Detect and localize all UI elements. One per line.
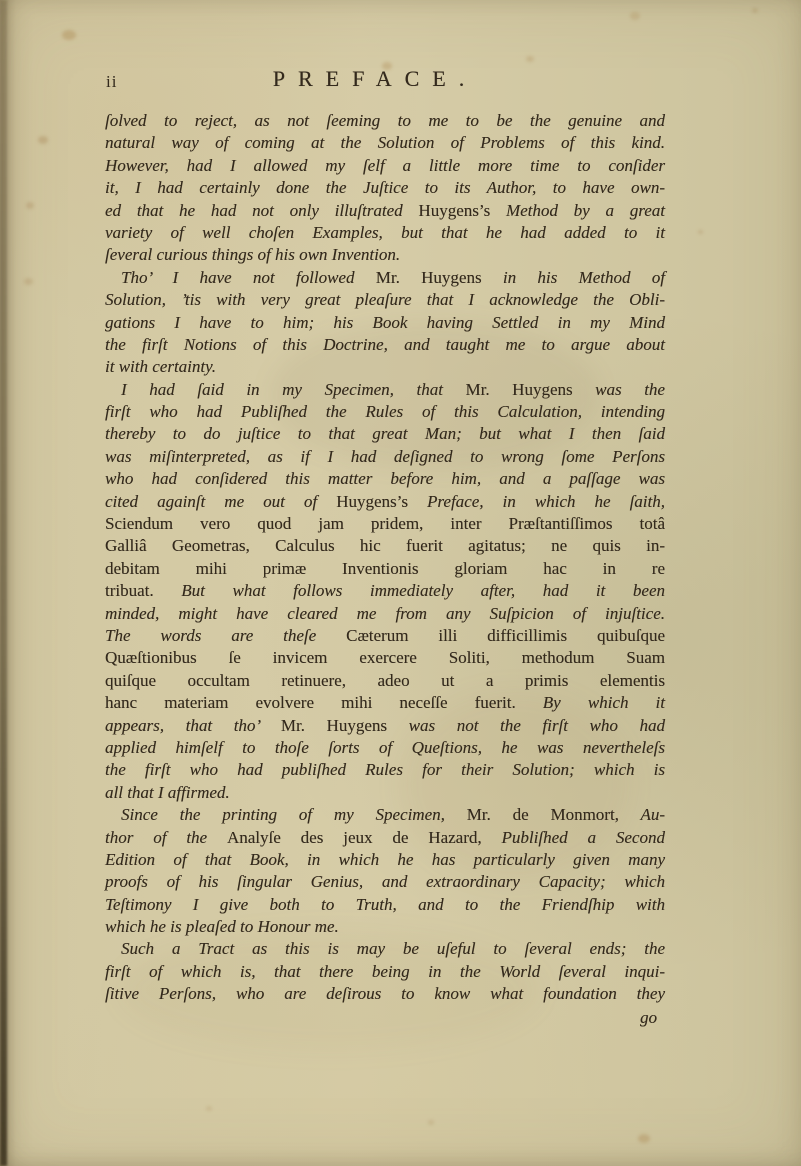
text-line: which he is pleaſed to Honour me. — [105, 916, 665, 938]
italic-text-segment: However, had I allowed my ſelf a little … — [105, 156, 665, 175]
italic-text-segment: Tho’ I have not followed — [121, 268, 376, 287]
roman-text-segment: tribuat. — [105, 581, 181, 600]
italic-text-segment: was not the firſt who had — [387, 716, 665, 735]
italic-text-segment: variety of well choſen Examples, but tha… — [105, 223, 665, 242]
italic-text-segment: which he is pleaſed to Honour me. — [105, 917, 339, 936]
italic-text-segment: firſt of which is, that there being in t… — [105, 962, 665, 981]
text-line: it, I had certainly done the Juſtice to … — [105, 177, 665, 199]
italic-text-segment: Au- — [619, 805, 665, 824]
italic-text-segment: Since the printing of my Specimen, — [121, 805, 467, 824]
text-line: The words are theſe Cæterum illi diffici… — [105, 625, 665, 647]
roman-text-segment: Cæterum illi difficillimis quibuſque — [346, 626, 665, 645]
italic-text-segment: the firſt who had publiſhed Rules for th… — [105, 760, 665, 779]
italic-text-segment: Such a Tract as this is may be uſeful to… — [121, 939, 665, 958]
foxing-spot — [26, 202, 34, 209]
italic-text-segment: appears, that tho’ — [105, 716, 281, 735]
text-line: Teſtimony I give both to Truth, and to t… — [105, 894, 665, 916]
catchword-row: go — [105, 1007, 657, 1029]
text-line: ed that he had not only illuſtrated Huyg… — [105, 200, 665, 222]
text-line: Galliâ Geometras, Calculus hic fuerit ag… — [105, 535, 665, 557]
text-line: hanc materiam evolvere mihi neceſſe fuer… — [105, 692, 665, 714]
text-line: ſitive Perſons, who are deſirous to know… — [105, 983, 665, 1005]
italic-text-segment: But what follows immediately after, had … — [181, 581, 665, 600]
text-line: Since the printing of my Specimen, Mr. d… — [105, 804, 665, 826]
text-line: ſolved to reject, as not ſeeming to me t… — [105, 110, 665, 132]
roman-text-segment: debitam mihi primæ Inventionis gloriam h… — [105, 559, 665, 578]
text-line: Quæſtionibus ſe invicem exercere Soliti,… — [105, 647, 665, 669]
italic-text-segment: minded, might have cleared me from any S… — [105, 604, 665, 623]
text-line: appears, that tho’ Mr. Huygens was not t… — [105, 715, 665, 737]
text-line: who had conſidered this matter before hi… — [105, 468, 665, 490]
roman-text-segment: Sciendum vero quod jam pridem, inter Præ… — [105, 514, 665, 533]
roman-text-segment: Mr. Huygens — [466, 380, 573, 399]
foxing-spot — [526, 56, 534, 62]
roman-text-segment: Quæſtionibus ſe invicem exercere Soliti,… — [105, 648, 665, 667]
catchword: go — [640, 1008, 657, 1027]
italic-text-segment: it, I had certainly done the Juſtice to … — [105, 178, 665, 197]
text-line: Edition of that Book, in which he has pa… — [105, 849, 665, 871]
text-line: tribuat. But what follows immediately af… — [105, 580, 665, 602]
italic-text-segment: ſolved to reject, as not ſeeming to me t… — [105, 111, 665, 130]
text-line: ſeveral curious things of his own Invent… — [105, 244, 665, 266]
text-line: thor of the Analyſe des jeux de Hazard, … — [105, 827, 665, 849]
italic-text-segment: Teſtimony I give both to Truth, and to t… — [105, 895, 665, 914]
text-line: gations I have to him; his Book having S… — [105, 312, 665, 334]
foxing-spot — [752, 8, 758, 13]
foxing-spot — [24, 278, 33, 285]
text-line: I had ſaid in my Specimen, that Mr. Huyg… — [105, 379, 665, 401]
italic-text-segment: was miſinterpreted, as if I had deſigned… — [105, 447, 665, 466]
foxing-spot — [638, 1134, 650, 1143]
text-line: firſt of which is, that there being in t… — [105, 961, 665, 983]
italic-text-segment: By which it — [543, 693, 665, 712]
text-line: However, had I allowed my ſelf a little … — [105, 155, 665, 177]
text-line: minded, might have cleared me from any S… — [105, 603, 665, 625]
italic-text-segment: Publiſhed a Second — [482, 828, 665, 847]
text-line: the firſt Notions of this Doctrine, and … — [105, 334, 665, 356]
foxing-spot — [428, 1120, 434, 1125]
text-line: Such a Tract as this is may be uſeful to… — [105, 938, 665, 960]
foxing-spot — [630, 12, 640, 20]
roman-text-segment: Galliâ Geometras, Calculus hic fuerit ag… — [105, 536, 665, 555]
italic-text-segment: the firſt Notions of this Doctrine, and … — [105, 335, 665, 354]
italic-text-segment: thereby to do juſtice to that great Man;… — [105, 424, 665, 443]
italic-text-segment: thor of the — [105, 828, 227, 847]
text-line: all that I affirmed. — [105, 782, 665, 804]
text-line: was miſinterpreted, as if I had deſigned… — [105, 446, 665, 468]
text-line: debitam mihi primæ Inventionis gloriam h… — [105, 558, 665, 580]
italic-text-segment: Method by a great — [490, 201, 665, 220]
roman-text-segment: Mr. Huygens — [376, 268, 482, 287]
italic-text-segment: all that I affirmed. — [105, 783, 230, 802]
italic-text-segment: Solution, ’tis with very great pleaſure … — [105, 290, 665, 309]
text-line: quiſque occultam retinuere, adeo ut a pr… — [105, 670, 665, 692]
italic-text-segment: cited againſt me out of — [105, 492, 336, 511]
text-line: cited againſt me out of Huygens’s Prefac… — [105, 491, 665, 513]
italic-text-segment: ſeveral curious things of his own Invent… — [105, 245, 400, 264]
italic-text-segment: ſitive Perſons, who are deſirous to know… — [105, 984, 665, 1003]
italic-text-segment: Edition of that Book, in which he has pa… — [105, 850, 665, 869]
roman-text-segment: Huygens’s — [336, 492, 408, 511]
text-line: proofs of his ſingular Genius, and extra… — [105, 871, 665, 893]
text-line: Tho’ I have not followed Mr. Huygens in … — [105, 267, 665, 289]
italic-text-segment: Preface, in which he ſaith, — [408, 492, 665, 511]
book-page-scan: ii PREFACE. ſolved to reject, as not ſee… — [0, 0, 801, 1166]
italic-text-segment: firſt who had Publiſhed the Rules of thi… — [105, 402, 665, 421]
italic-text-segment: in his Method of — [482, 268, 665, 287]
text-line: Solution, ’tis with very great pleaſure … — [105, 289, 665, 311]
roman-text-segment: Huygens’s — [418, 201, 490, 220]
italic-text-segment: was the — [573, 380, 665, 399]
italic-text-segment: it with certainty. — [105, 357, 216, 376]
italic-text-segment: I had ſaid in my Specimen, that — [121, 380, 466, 399]
page-left-edge-shadow — [0, 0, 7, 1166]
roman-text-segment: Mr. de Monmort, — [467, 805, 619, 824]
page-title: PREFACE. — [95, 66, 655, 92]
foxing-spot — [698, 230, 703, 234]
foxing-spot — [206, 1106, 212, 1111]
italic-text-segment: ed that he had not only illuſtrated — [105, 201, 418, 220]
foxing-spot — [38, 136, 48, 144]
foxing-spot — [62, 30, 76, 40]
roman-text-segment: hanc materiam evolvere mihi neceſſe fuer… — [105, 693, 543, 712]
preface-text: ſolved to reject, as not ſeeming to me t… — [105, 110, 665, 1006]
text-line: firſt who had Publiſhed the Rules of thi… — [105, 401, 665, 423]
italic-text-segment: who had conſidered this matter before hi… — [105, 469, 665, 488]
italic-text-segment: proofs of his ſingular Genius, and extra… — [105, 872, 665, 891]
italic-text-segment: natural way of coming at the Solution of… — [105, 133, 665, 152]
text-line: Sciendum vero quod jam pridem, inter Præ… — [105, 513, 665, 535]
text-line: the firſt who had publiſhed Rules for th… — [105, 759, 665, 781]
roman-text-segment: Analyſe des jeux de Hazard, — [227, 828, 482, 847]
text-line: it with certainty. — [105, 356, 665, 378]
text-line: applied himſelf to thoſe ſorts of Queſti… — [105, 737, 665, 759]
text-line: variety of well choſen Examples, but tha… — [105, 222, 665, 244]
italic-text-segment: gations I have to him; his Book having S… — [105, 313, 665, 332]
italic-text-segment: The words are theſe — [105, 626, 346, 645]
text-line: thereby to do juſtice to that great Man;… — [105, 423, 665, 445]
italic-text-segment: applied himſelf to thoſe ſorts of Queſti… — [105, 738, 665, 757]
roman-text-segment: quiſque occultam retinuere, adeo ut a pr… — [105, 671, 665, 690]
text-line: natural way of coming at the Solution of… — [105, 132, 665, 154]
roman-text-segment: Mr. Huygens — [281, 716, 387, 735]
